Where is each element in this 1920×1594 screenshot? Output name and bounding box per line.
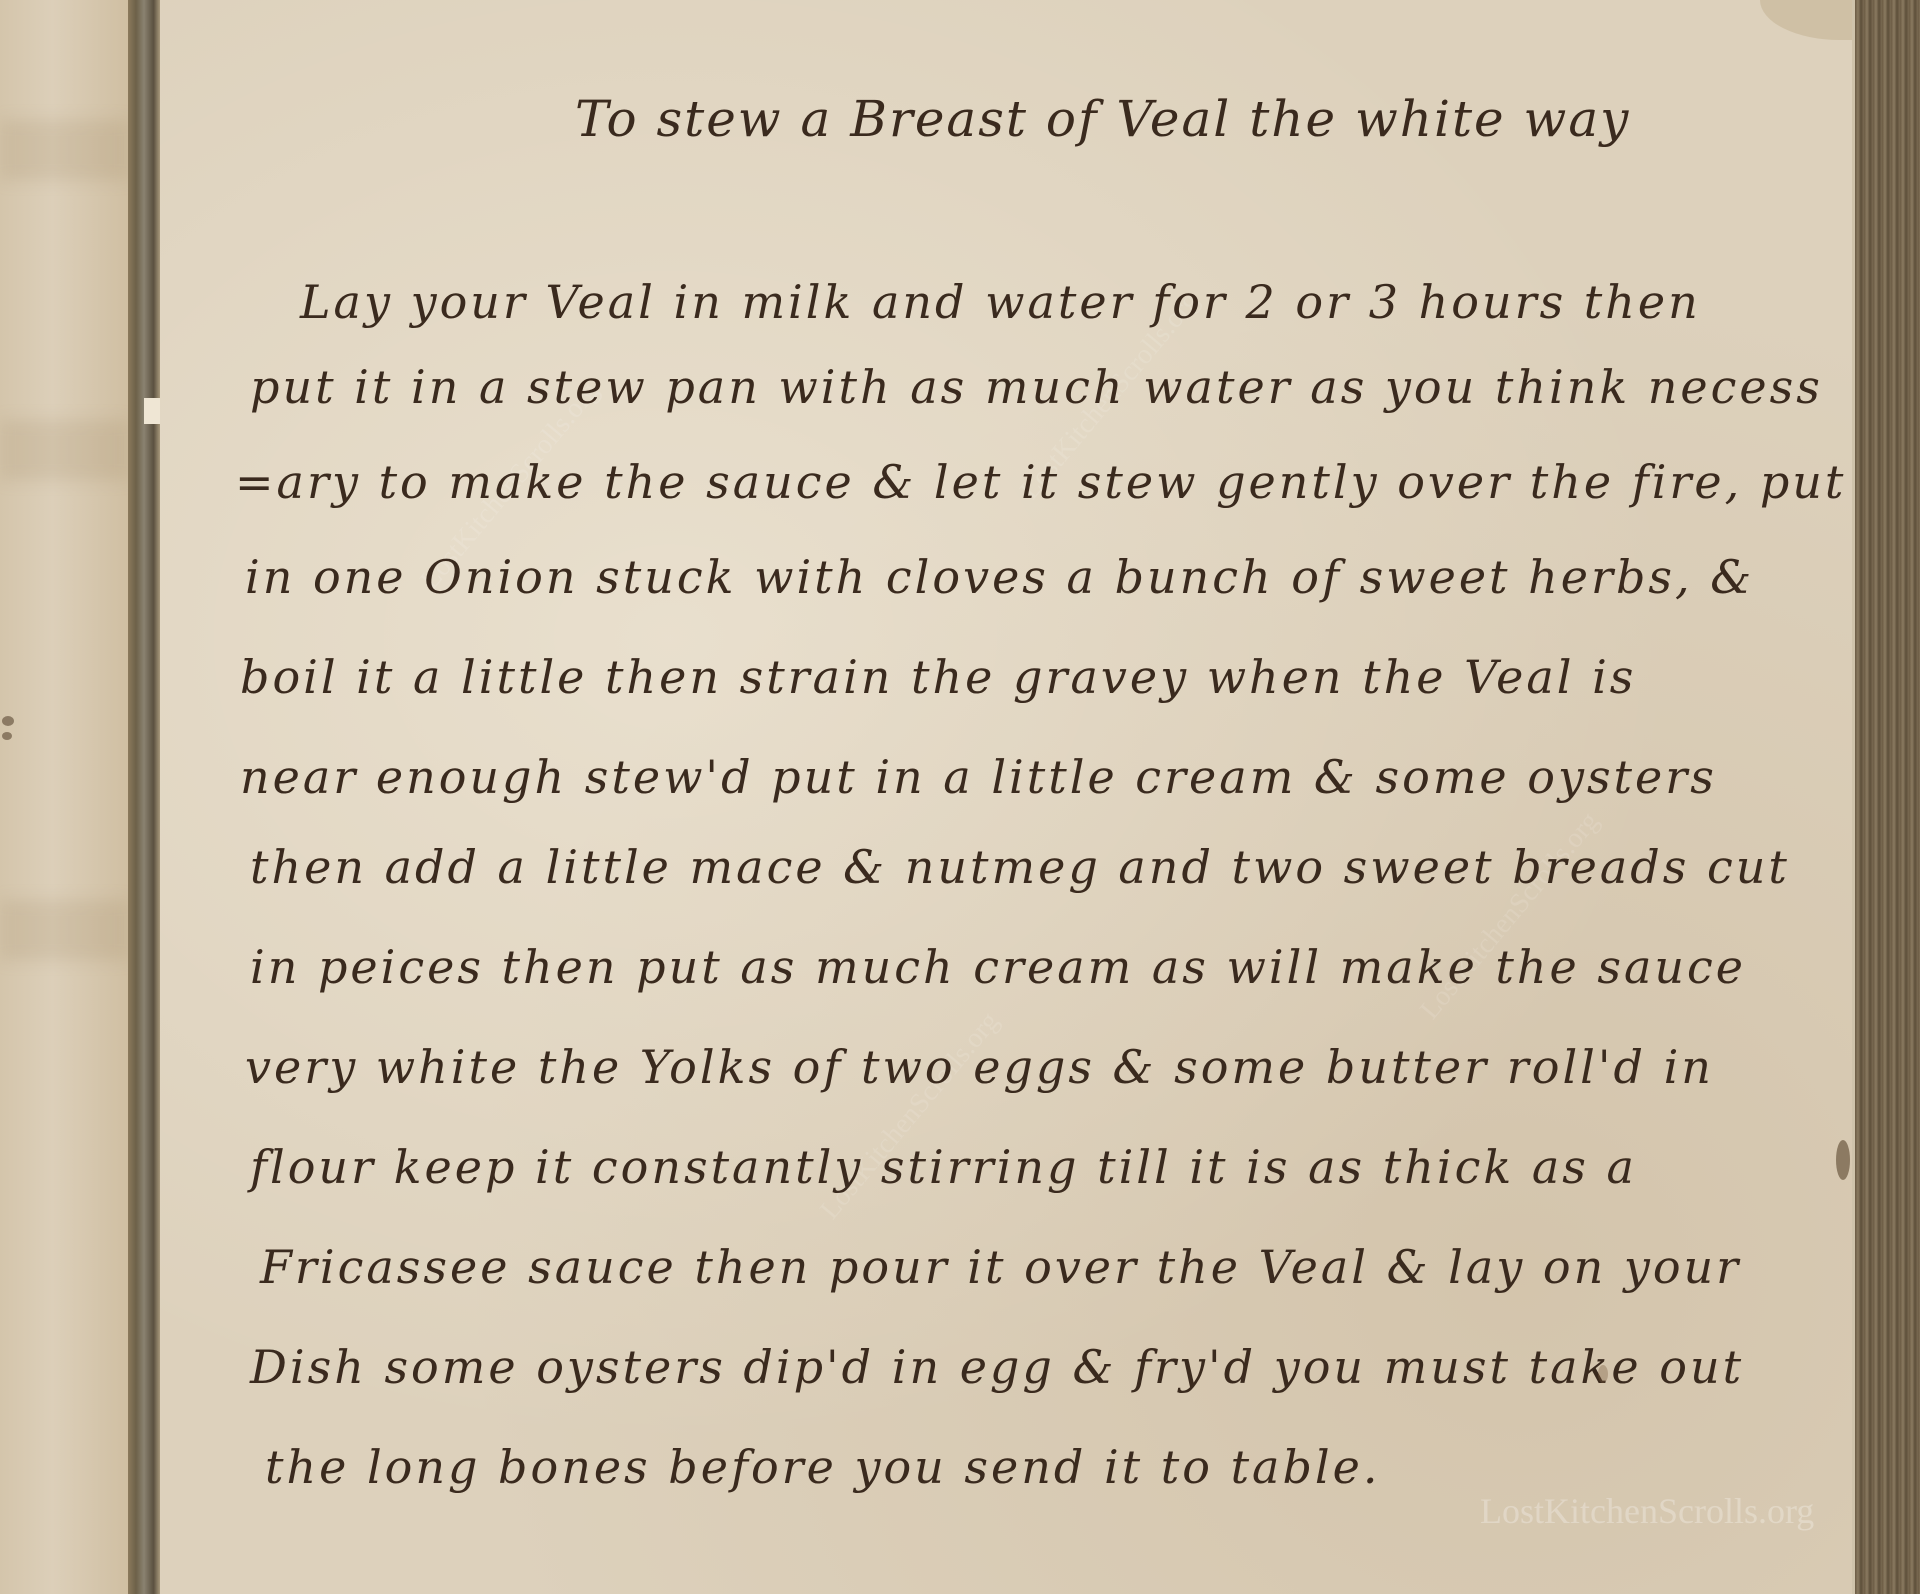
text-line: very white the Yolks of two eggs & some … — [245, 1040, 1714, 1094]
ink-stain — [1598, 1365, 1608, 1383]
text-line: Dish some oysters dip'd in egg & fry'd y… — [250, 1340, 1744, 1394]
paper-stain — [0, 420, 130, 480]
page-edge — [1855, 0, 1920, 1594]
ink-stain — [1836, 1140, 1850, 1180]
text-line: put it in a stew pan with as much water … — [250, 360, 1823, 414]
paper-stain — [0, 120, 130, 180]
text-line: Lay your Veal in milk and water for 2 or… — [300, 275, 1701, 329]
text-line: Fricassee sauce then pour it over the Ve… — [260, 1240, 1741, 1294]
text-line: =ary to make the sauce & let it stew gen… — [235, 455, 1846, 509]
text-line: in peices then put as much cream as will… — [250, 940, 1746, 994]
ink-spot — [2, 716, 14, 726]
ink-spot — [2, 732, 12, 740]
text-line: boil it a little then strain the gravey … — [240, 650, 1636, 704]
left-page — [0, 0, 132, 1594]
text-line: in one Onion stuck with cloves a bunch o… — [245, 550, 1754, 604]
book-gutter — [128, 0, 160, 1594]
paper-stain — [0, 900, 130, 960]
text-line: then add a little mace & nutmeg and two … — [250, 840, 1790, 894]
text-line: the long bones before you send it to tab… — [265, 1440, 1380, 1494]
text-line: near enough stew'd put in a little cream… — [240, 750, 1717, 804]
recipe-title: To stew a Breast of Veal the white way — [575, 90, 1630, 148]
text-line: flour keep it constantly stirring till i… — [250, 1140, 1637, 1194]
watermark: LostKitchenScrolls.org — [1480, 1490, 1814, 1532]
